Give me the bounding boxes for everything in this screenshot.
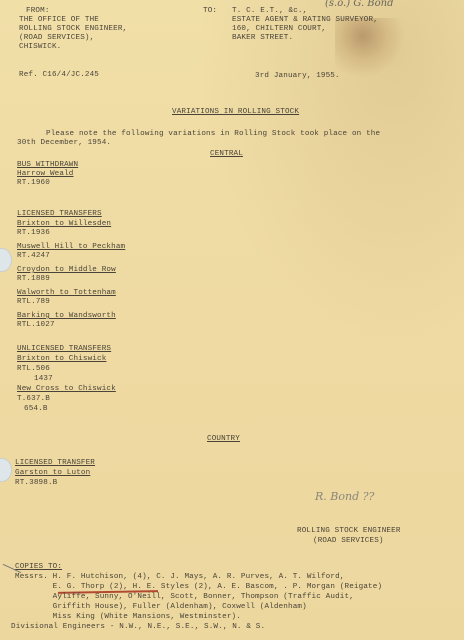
copies-line-6: Divisional Engineers - N.W., N.E., S.E.,… (11, 623, 265, 632)
date: 3rd January, 1955. (255, 72, 340, 81)
document-page: FROM: THE OFFICE OF THE ROLLING STOCK EN… (0, 0, 464, 640)
punch-hole-top (0, 248, 12, 272)
to-label: TO: (203, 7, 217, 16)
lt-route-3: Croydon to Middle Row (17, 266, 116, 275)
from-line-2: ROLLING STOCK ENGINEER, (19, 25, 127, 34)
ut-code-1b: 1437 (34, 375, 53, 384)
country-lt-code: RT.3898.B (15, 479, 57, 488)
bus-withdrawn-code: RT.1960 (17, 179, 50, 188)
ut-route-1: Brixton to Chiswick (17, 355, 106, 364)
copies-line-3: Ayliffe, Sunny, O'Neill, Scott, Bonner, … (15, 593, 354, 602)
signature-line-2: (ROAD SERVICES) (313, 537, 384, 546)
from-line-4: CHISWICK. (19, 43, 61, 52)
lt-route-2: Muswell Hill to Peckham (17, 243, 125, 252)
to-line-1: T. C. E.T., &c., (232, 7, 307, 16)
copies-line-4: Griffith House), Fuller (Aldenham), Coxw… (15, 603, 307, 612)
copies-line-1: Messrs. H. F. Hutchison, (4), C. J. Mays… (15, 573, 345, 582)
to-line-4: BAKER STREET. (232, 34, 293, 43)
document-title: VARIATIONS IN ROLLING STOCK (172, 108, 299, 117)
ut-code-2b: 654.B (24, 405, 48, 414)
lt-route-5: Barking to Wandsworth (17, 312, 116, 321)
country-heading: COUNTRY (207, 435, 240, 444)
punch-hole-bottom (0, 458, 12, 482)
licensed-transfers-heading: LICENSED TRANSFERS (17, 210, 102, 219)
from-line-1: THE OFFICE OF THE (19, 16, 99, 25)
copies-line-5: Miss King (White Mansions, Westminster). (15, 613, 241, 622)
central-heading: CENTRAL (210, 150, 243, 159)
lt-route-4: Walworth to Tottenham (17, 289, 116, 298)
lt-code-4: RTL.789 (17, 298, 50, 307)
lt-route-1: Brixton to Willesden (17, 220, 111, 229)
intro-line-1: Please note the following variations in … (46, 130, 380, 139)
unlicensed-transfers-heading: UNLICENSED TRANSFERS (17, 345, 111, 354)
to-line-2: ESTATE AGENT & RATING SURVEYOR, (232, 16, 378, 25)
copies-heading: COPIES TO: (15, 563, 62, 572)
handwritten-note: (s.o.) G. Bond (325, 0, 394, 9)
bus-withdrawn-heading: BUS WITHDRAWN (17, 161, 78, 170)
to-line-3: 160, CHILTERN COURT, (232, 25, 326, 34)
country-lt-route: Garston to Luton (15, 469, 90, 478)
from-line-3: (ROAD SERVICES), (19, 34, 94, 43)
lt-code-5: RTL.1027 (17, 321, 55, 330)
country-lt-heading: LICENSED TRANSFER (15, 459, 95, 468)
ut-route-2: New Cross to Chiswick (17, 385, 116, 394)
lt-code-1: RT.1936 (17, 229, 50, 238)
signature-handwritten: R. Bond ?? (315, 490, 374, 503)
lt-code-2: RT.4247 (17, 252, 50, 261)
intro-line-2: 30th December, 1954. (17, 139, 111, 148)
ut-code-1: RTL.506 (17, 365, 50, 374)
from-label: FROM: (26, 7, 50, 16)
stain (335, 18, 405, 78)
ut-code-2: T.637.B (17, 395, 50, 404)
reference: Ref. C16/4/JC.245 (19, 71, 99, 80)
lt-code-3: RT.1889 (17, 275, 50, 284)
bus-withdrawn-route: Harrow Weald (17, 170, 73, 179)
signature-line-1: ROLLING STOCK ENGINEER (297, 527, 401, 536)
